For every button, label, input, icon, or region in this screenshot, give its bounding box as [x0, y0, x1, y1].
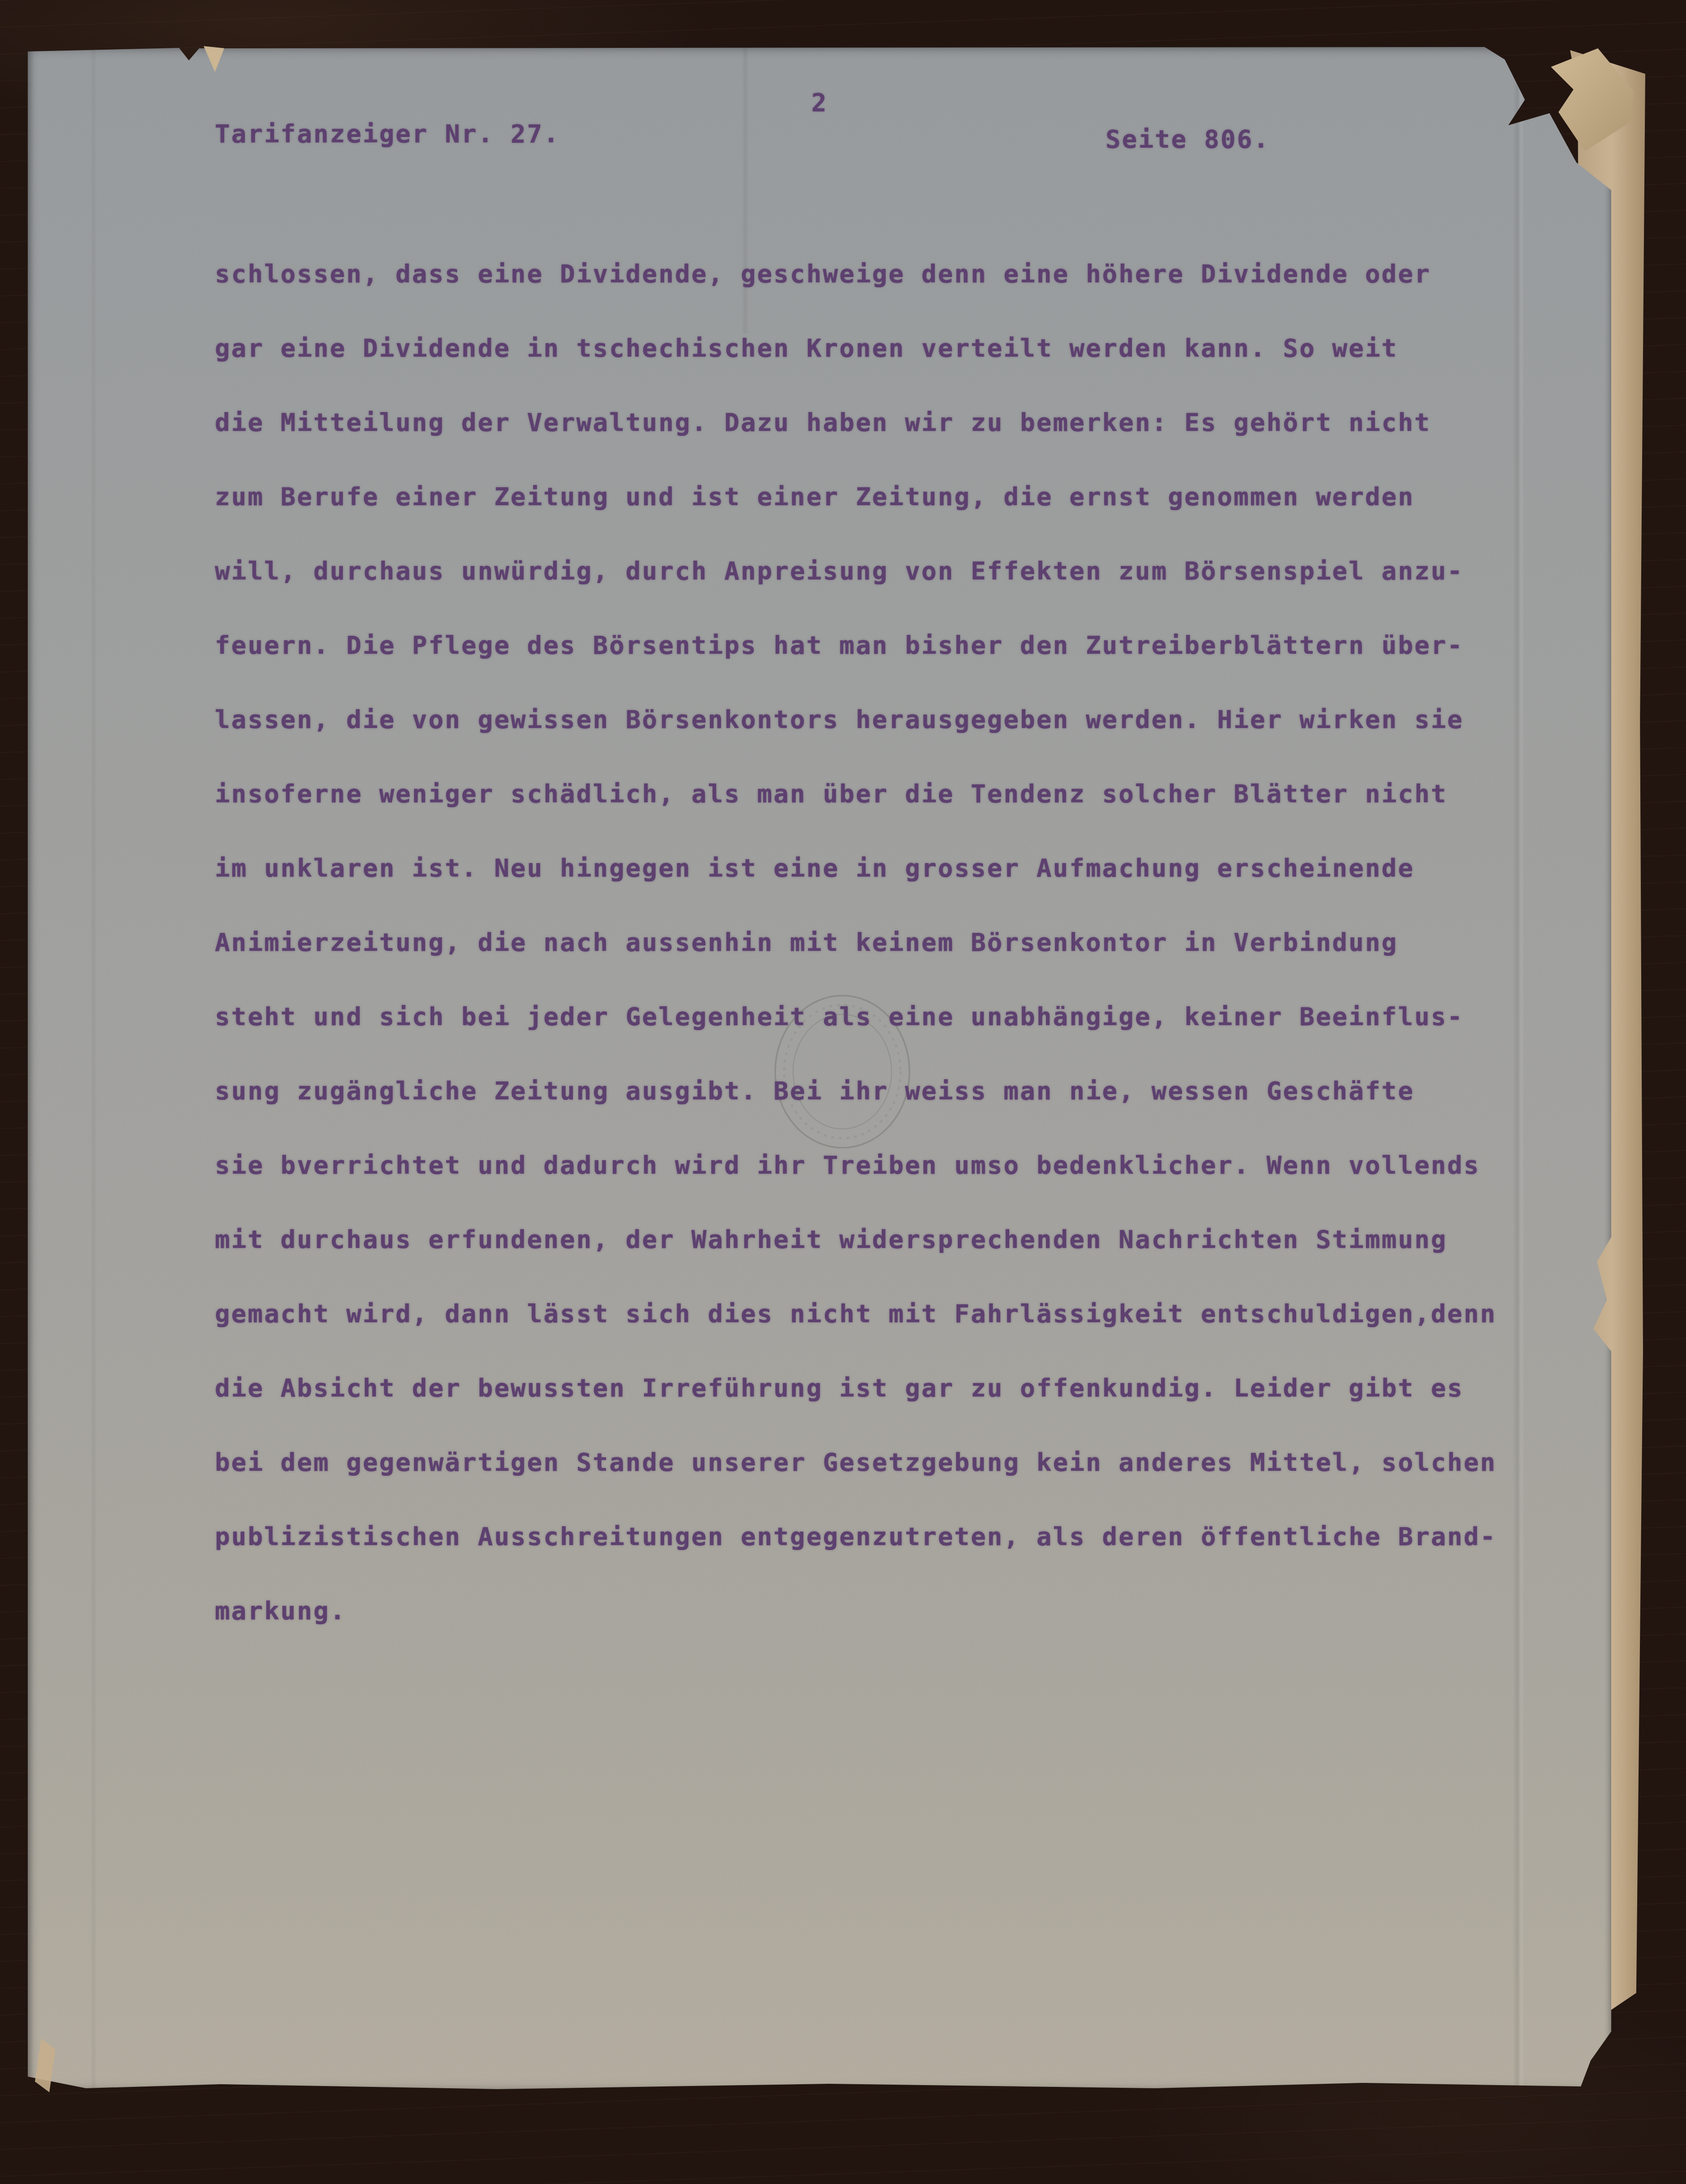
typewritten-line: Animierzeitung, die nach aussenhin mit k…: [215, 906, 1611, 980]
typewritten-line: publizistischen Ausschreitungen entgegen…: [215, 1500, 1611, 1574]
typewritten-line: bei dem gegenwärtigen Stande unserer Ges…: [215, 1426, 1611, 1500]
typewritten-line: will, durchaus unwürdig, durch Anpreisun…: [215, 534, 1611, 609]
typewritten-line: schlossen, dass eine Dividende, geschwei…: [215, 237, 1611, 311]
typewritten-body: schlossen, dass eine Dividende, geschwei…: [215, 237, 1611, 1648]
document-page: 2 Tarifanzeiger Nr. 27. Seite 806. schlo…: [28, 47, 1611, 2090]
typewritten-line: feuern. Die Pflege des Börsentips hat ma…: [215, 609, 1611, 683]
typewritten-line: die Mitteilung der Verwaltung. Dazu habe…: [215, 386, 1611, 460]
page-number: 2: [28, 88, 1611, 117]
typewritten-line: im unklaren ist. Neu hingegen ist eine i…: [215, 831, 1611, 906]
paper-crease: [90, 47, 97, 2090]
typewritten-line: die Absicht der bewussten Irreführung is…: [215, 1351, 1611, 1426]
header-publication-title: Tarifanzeiger Nr. 27.: [215, 119, 560, 149]
typewritten-line: steht und sich bei jeder Gelegenheit als…: [215, 980, 1611, 1054]
typewritten-line: lassen, die von gewissen Börsenkontors h…: [215, 683, 1611, 757]
typewritten-line: sung zugängliche Zeitung ausgibt. Bei ih…: [215, 1054, 1611, 1128]
typewritten-line: gemacht wird, dann lässt sich dies nicht…: [215, 1277, 1611, 1351]
typewritten-line: markung.: [215, 1574, 1611, 1648]
typewritten-line: zum Berufe einer Zeitung und ist einer Z…: [215, 460, 1611, 534]
scan-background: 2 Tarifanzeiger Nr. 27. Seite 806. schlo…: [0, 0, 1686, 2184]
typewritten-line: gar eine Dividende in tschechischen Kron…: [215, 311, 1611, 386]
typewritten-line: insoferne weniger schädlich, als man übe…: [215, 757, 1611, 831]
typewritten-line: sie bverrichtet und dadurch wird ihr Tre…: [215, 1128, 1611, 1203]
typewritten-line: mit durchaus erfundenen, der Wahrheit wi…: [215, 1203, 1611, 1277]
header-page-label: Seite 806.: [1106, 125, 1270, 154]
